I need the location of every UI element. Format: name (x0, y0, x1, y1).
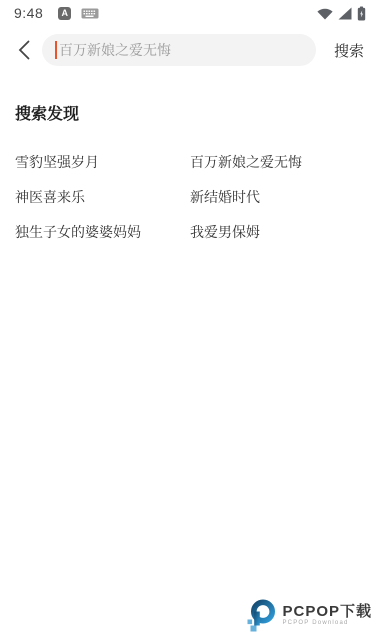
watermark-subtitle: PCPOP Download (282, 620, 372, 627)
discovery-section-title: 搜索发现 (15, 101, 365, 124)
watermark-text: PCPOP下载 PCPOP Download (282, 604, 372, 627)
search-button[interactable]: 搜索 (330, 40, 368, 61)
status-bar: 9:48 A (0, 0, 380, 24)
wifi-icon (317, 7, 333, 20)
chevron-left-icon (17, 40, 31, 60)
discovery-grid: 雪豹坚强岁月 百万新娘之爱无悔 神医喜来乐 新结婚时代 独生子女的婆婆妈妈 我爱… (15, 154, 365, 240)
discovery-item[interactable]: 神医喜来乐 (15, 189, 190, 205)
discovery-item[interactable]: 我爱男保姆 (190, 224, 365, 240)
cellular-signal-icon (338, 7, 352, 20)
keyboard-icon (81, 8, 99, 19)
text-caret (55, 41, 57, 59)
search-screen: 9:48 A (0, 0, 380, 640)
input-method-badge-icon: A (58, 7, 71, 20)
status-right-cluster (317, 6, 366, 21)
status-time: 9:48 (14, 5, 43, 21)
pcpop-watermark: PCPOP下载 PCPOP Download (244, 598, 372, 632)
back-button[interactable] (6, 32, 42, 68)
search-input[interactable]: 百万新娘之爱无悔 (42, 34, 316, 66)
discovery-item[interactable]: 新结婚时代 (190, 189, 365, 205)
search-query-text: 百万新娘之爱无悔 (59, 40, 171, 60)
battery-charging-icon (357, 6, 366, 21)
discovery-item[interactable]: 独生子女的婆婆妈妈 (15, 224, 190, 240)
discovery-item[interactable]: 雪豹坚强岁月 (15, 154, 190, 170)
discovery-item[interactable]: 百万新娘之爱无悔 (190, 154, 365, 170)
watermark-title: PCPOP下载 (282, 604, 372, 620)
search-header: 百万新娘之爱无悔 搜索 (0, 30, 380, 70)
pcpop-logo-icon (244, 598, 278, 632)
